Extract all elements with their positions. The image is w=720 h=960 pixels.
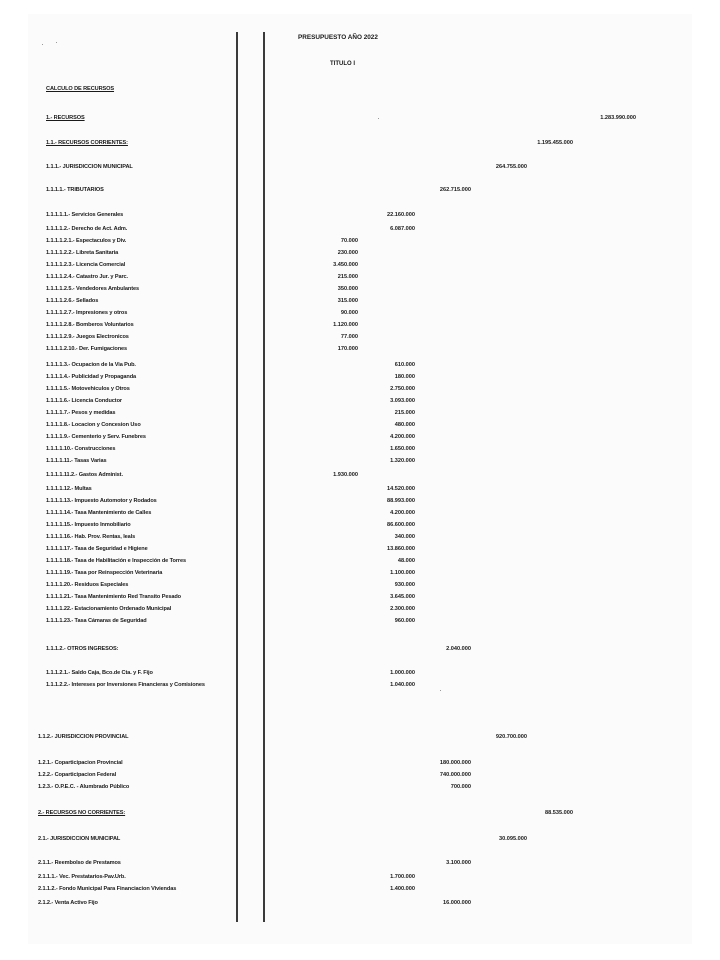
row-label: 1.1.1.1.5.- Motovehiculos y Otros (46, 386, 130, 392)
row-label: 2.- RECURSOS NO CORRIENTES: (38, 810, 125, 816)
row-label: 1.1.1.1.- TRIBUTARIOS (46, 187, 104, 193)
row-amount: 88.993.000 (335, 498, 415, 504)
row-amount: 22.160.000 (335, 212, 415, 218)
row-amount: 77.000 (278, 334, 358, 340)
row-amount: 3.450.000 (278, 262, 358, 268)
row-amount: 1.700.000 (335, 874, 415, 880)
row-label: 1.1.1.1.18.- Tasa de Habilitación e Insp… (46, 558, 186, 564)
row-amount: 350.000 (278, 286, 358, 292)
row-label: 1.1.1.1.2.6.- Sellados (46, 298, 98, 304)
row-label: 1.1.1.1.2.7.- Impresiones y otros (46, 310, 127, 316)
row-amount: 264.755.000 (447, 164, 527, 170)
row-amount: 3.093.000 (335, 398, 415, 404)
row-amount: 180.000.000 (391, 760, 471, 766)
row-amount: 48.000 (335, 558, 415, 564)
row-amount: 700.000 (391, 784, 471, 790)
row-label: 1.1.1.1.2.4.- Catastro Jur. y Parc. (46, 274, 128, 280)
row-label: 1.1.1.1.19.- Tasa por Reinspección Veter… (46, 570, 162, 576)
row-label: 1.1.1.1.1.- Servicios Generales (46, 212, 123, 218)
column-divider-left (236, 32, 238, 922)
scan-speck (378, 118, 379, 119)
row-amount: 180.000 (335, 374, 415, 380)
row-amount: 1.000.000 (335, 670, 415, 676)
row-amount: 215.000 (278, 274, 358, 280)
row-label: 1.1.1.1.12.- Multas (46, 486, 92, 492)
row-amount: 1.195.455.000 (493, 140, 573, 146)
scan-speck (56, 42, 57, 43)
row-amount: 30.095.000 (447, 836, 527, 842)
document-subtitle: TITULO I (330, 61, 355, 67)
row-label: 1.1.1.1.15.- Impuesto Inmobiliario (46, 522, 131, 528)
row-label: 1.2.2.- Coparticipacion Federal (38, 772, 116, 778)
row-label: 1.1.1.1.9.- Cementerio y Serv. Funebres (46, 434, 146, 440)
row-label: 1.1.1.1.8.- Locacion y Concesion Uso (46, 422, 141, 428)
row-amount: 1.320.000 (335, 458, 415, 464)
row-amount: 86.600.000 (335, 522, 415, 528)
scan-speck (440, 690, 441, 691)
row-label: 1.1.1.1.11.2.- Gastos Administ. (46, 472, 123, 478)
row-label: 1.1.1.1.4.- Publicidad y Propaganda (46, 374, 136, 380)
column-divider-right (263, 32, 265, 922)
row-amount: 13.860.000 (335, 546, 415, 552)
row-amount: 1.100.000 (335, 570, 415, 576)
row-amount: 6.087.000 (335, 226, 415, 232)
row-label: 1.1.1.1.16.- Hab. Prov. Rentas, Ieals (46, 534, 135, 540)
row-label: 1.1.1.1.13.- Impuesto Automotor y Rodado… (46, 498, 157, 504)
section-heading: CALCULO DE RECURSOS (46, 86, 114, 92)
row-amount: 1.040.000 (335, 682, 415, 688)
row-label: 1.1.1.1.2.9.- Juegos Electronicos (46, 334, 129, 340)
row-label: 1.1.- RECURSOS CORRIENTES: (46, 140, 128, 146)
row-amount: 3.645.000 (335, 594, 415, 600)
row-label: 1.1.2.- JURISDICCION PROVINCIAL (38, 734, 128, 740)
row-amount: 1.930.000 (278, 472, 358, 478)
row-amount: 230.000 (278, 250, 358, 256)
row-amount: 1.283.990.000 (556, 115, 636, 121)
row-label: 1.1.1.1.2.2.- Libreta Sanitaria (46, 250, 118, 256)
row-amount: 70.000 (278, 238, 358, 244)
row-label: 1.1.1.1.10.- Construcciones (46, 446, 115, 452)
row-amount: 170.000 (278, 346, 358, 352)
row-label: 2.1.1.- Reembolso de Prestamos (38, 860, 121, 866)
row-label: 1.1.1.1.2.8.- Bomberos Voluntarios (46, 322, 134, 328)
row-amount: 2.040.000 (391, 646, 471, 652)
row-label: 1.1.1.1.11.- Tasas Varias (46, 458, 107, 464)
row-amount: 16.000.000 (391, 900, 471, 906)
row-amount: 2.750.000 (335, 386, 415, 392)
row-amount: 315.000 (278, 298, 358, 304)
row-amount: 480.000 (335, 422, 415, 428)
row-amount: 920.700.000 (447, 734, 527, 740)
row-label: 1.1.1.2.- OTROS INGRESOS: (46, 646, 118, 652)
row-label: 1.1.1.1.21.- Tasa Mantenimiento Red Tran… (46, 594, 181, 600)
row-amount: 610.000 (335, 362, 415, 368)
row-label: 1.1.1.1.20.- Residuos Especiales (46, 582, 128, 588)
row-label: 1.1.1.1.17.- Tasa de Seguridad e Higiene (46, 546, 148, 552)
row-label: 1.1.1.- JURISDICCION MUNICIPAL (46, 164, 133, 170)
row-label: 1.1.1.1.6.- Licencia Conductor (46, 398, 122, 404)
row-label: 1.2.3.- O.P.E.C. - Alumbrado Público (38, 784, 129, 790)
row-label: 2.1.2.- Venta Activo Fijo (38, 900, 98, 906)
row-label: 1.1.1.1.14.- Tasa Mantenimiento de Calle… (46, 510, 151, 516)
scanned-page (28, 14, 692, 944)
document-title: PRESUPUESTO AÑO 2022 (298, 34, 378, 41)
row-amount: 4.200.000 (335, 510, 415, 516)
row-label: 1.1.1.1.7.- Pesos y medidas (46, 410, 115, 416)
row-label: 2.1.- JURISDICCION MUNICIPAL (38, 836, 120, 842)
row-amount: 262.715.000 (391, 187, 471, 193)
row-label: 1.1.1.2.2.- Intereses por Inversiones Fi… (46, 682, 205, 688)
row-label: 1.1.1.1.2.- Derecho de Act. Adm. (46, 226, 127, 232)
row-label: 1.1.1.1.22.- Estacionamiento Ordenado Mu… (46, 606, 171, 612)
row-label: 2.1.1.2.- Fondo Municipal Para Financiac… (38, 886, 176, 892)
row-amount: 215.000 (335, 410, 415, 416)
row-label: 1.1.1.1.2.5.- Vendedores Ambulantes (46, 286, 139, 292)
row-amount: 930.000 (335, 582, 415, 588)
row-label: 1.2.1.- Coparticipacion Provincial (38, 760, 123, 766)
row-amount: 3.100.000 (391, 860, 471, 866)
row-amount: 1.400.000 (335, 886, 415, 892)
row-label: 1.1.1.1.2.1.- Espectaculos y Div. (46, 238, 126, 244)
row-label: 1.1.1.1.3.- Ocupacion de la Via Pub. (46, 362, 136, 368)
row-label: 1.1.1.1.23.- Tasa Cámaras de Seguridad (46, 618, 147, 624)
row-amount: 14.520.000 (335, 486, 415, 492)
row-amount: 960.000 (335, 618, 415, 624)
row-amount: 2.300.000 (335, 606, 415, 612)
scan-speck (42, 44, 43, 45)
row-amount: 88.535.000 (493, 810, 573, 816)
row-label: 2.1.1.1.- Vec. Prestatarios-Pav.Urb. (38, 874, 126, 880)
row-amount: 340.000 (335, 534, 415, 540)
row-label: 1.1.1.2.1.- Saldo Caja, Bco.de Cta. y F.… (46, 670, 153, 676)
row-label: 1.1.1.1.2.3.- Licencia Comercial (46, 262, 125, 268)
row-amount: 4.200.000 (335, 434, 415, 440)
row-amount: 1.650.000 (335, 446, 415, 452)
row-amount: 740.000.000 (391, 772, 471, 778)
row-amount: 1.120.000 (278, 322, 358, 328)
row-label: 1.- RECURSOS (46, 115, 85, 121)
row-label: 1.1.1.1.2.10.- Der. Fumigaciones (46, 346, 127, 352)
row-amount: 90.000 (278, 310, 358, 316)
